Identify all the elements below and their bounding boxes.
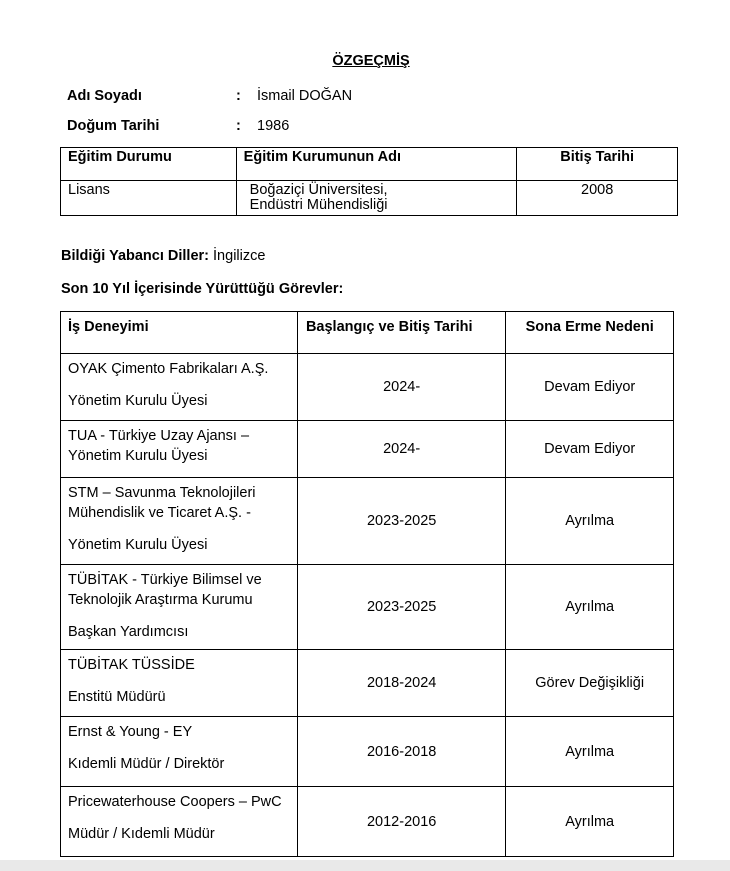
organization-line: TUA - Türkiye Uzay Ajansı – <box>68 426 290 446</box>
table-row: Ernst & Young - EYKıdemli Müdür / Direkt… <box>61 717 674 787</box>
cell-experience: TÜBİTAK - Türkiye Bilimsel veTeknolojik … <box>61 565 298 650</box>
info-value-name: İsmail DOĞAN <box>257 88 352 104</box>
table-row: Lisans Boğaziçi Üniversitesi, Endüstri M… <box>61 181 678 216</box>
info-separator: : <box>236 118 241 134</box>
info-separator: : <box>236 88 241 104</box>
role-line: Yönetim Kurulu Üyesi <box>68 535 290 555</box>
cell-period: 2018-2024 <box>297 650 505 717</box>
experience-header-row: İş Deneyimi Başlangıç ve Bitiş Tarihi So… <box>61 312 674 354</box>
cell-end-reason: Ayrılma <box>506 565 674 650</box>
cell-end-reason: Ayrılma <box>506 478 674 565</box>
education-table: Eğitim Durumu Eğitim Kurumunun Adı Bitiş… <box>60 147 678 216</box>
cell-experience: OYAK Çimento Fabrikaları A.Ş.Yönetim Kur… <box>61 354 298 421</box>
organization-line: Ernst & Young - EY <box>68 722 290 742</box>
languages-value: İngilizce <box>213 248 265 264</box>
institution-line: Endüstri Mühendisliği <box>250 198 510 213</box>
organization-line: TÜBİTAK - Türkiye Bilimsel ve <box>68 570 290 590</box>
cell-period: 2024- <box>297 354 505 421</box>
header-end-reason: Sona Erme Nedeni <box>506 312 674 354</box>
role-line: Enstitü Müdürü <box>68 687 290 707</box>
table-row: Pricewaterhouse Coopers – PwCMüdür / Kıd… <box>61 787 674 857</box>
cell-end-year: 2008 <box>517 181 678 216</box>
table-row: STM – Savunma TeknolojileriMühendislik v… <box>61 478 674 565</box>
viewer-bottom-bar <box>0 860 730 871</box>
cell-period: 2023-2025 <box>297 565 505 650</box>
experience-rows: OYAK Çimento Fabrikaları A.Ş.Yönetim Kur… <box>61 354 674 857</box>
cell-end-reason: Devam Ediyor <box>506 421 674 478</box>
education-header-row: Eğitim Durumu Eğitim Kurumunun Adı Bitiş… <box>61 148 678 181</box>
cell-end-reason: Ayrılma <box>506 787 674 857</box>
info-label: Doğum Tarihi <box>67 118 237 134</box>
role-line: Yönetim Kurulu Üyesi <box>68 446 290 466</box>
institution-line: Boğaziçi Üniversitesi, <box>250 183 510 198</box>
header-period: Başlangıç ve Bitiş Tarihi <box>297 312 505 354</box>
info-value-birthdate: 1986 <box>257 118 289 134</box>
cell-experience: TUA - Türkiye Uzay Ajansı –Yönetim Kurul… <box>61 421 298 478</box>
cell-end-reason: Ayrılma <box>506 717 674 787</box>
cell-period: 2012-2016 <box>297 787 505 857</box>
organization-line: TÜBİTAK TÜSSİDE <box>68 655 290 675</box>
cell-end-reason: Devam Ediyor <box>506 354 674 421</box>
cell-degree: Lisans <box>61 181 237 216</box>
role-line: Kıdemli Müdür / Direktör <box>68 754 290 774</box>
document-title: ÖZGEÇMİŞ <box>0 53 730 69</box>
document-page: ÖZGEÇMİŞ Adı Soyadı : İsmail DOĞAN Doğum… <box>0 0 730 860</box>
cell-period: 2024- <box>297 421 505 478</box>
cell-period: 2016-2018 <box>297 717 505 787</box>
experience-table: İş Deneyimi Başlangıç ve Bitiş Tarihi So… <box>60 311 674 857</box>
header-institution: Eğitim Kurumunun Adı <box>236 148 517 181</box>
cell-experience: TÜBİTAK TÜSSİDEEnstitü Müdürü <box>61 650 298 717</box>
role-line: Başkan Yardımcısı <box>68 622 290 642</box>
cell-experience: STM – Savunma TeknolojileriMühendislik v… <box>61 478 298 565</box>
cell-end-reason: Görev Değişikliği <box>506 650 674 717</box>
table-row: TÜBİTAK - Türkiye Bilimsel veTeknolojik … <box>61 565 674 650</box>
organization-line: Teknolojik Araştırma Kurumu <box>68 590 290 610</box>
experience-section-title: Son 10 Yıl İçerisinde Yürüttüğü Görevler… <box>61 281 343 297</box>
header-end-date: Bitiş Tarihi <box>517 148 678 181</box>
cell-experience: Pricewaterhouse Coopers – PwCMüdür / Kıd… <box>61 787 298 857</box>
organization-line: Mühendislik ve Ticaret A.Ş. - <box>68 503 290 523</box>
role-line: Müdür / Kıdemli Müdür <box>68 824 290 844</box>
table-row: TUA - Türkiye Uzay Ajansı –Yönetim Kurul… <box>61 421 674 478</box>
table-row: OYAK Çimento Fabrikaları A.Ş.Yönetim Kur… <box>61 354 674 421</box>
header-experience: İş Deneyimi <box>61 312 298 354</box>
cell-institution: Boğaziçi Üniversitesi, Endüstri Mühendis… <box>236 181 517 216</box>
languages-line: Bildiği Yabancı Diller: İngilizce <box>61 248 265 264</box>
role-line: Yönetim Kurulu Üyesi <box>68 391 290 411</box>
organization-line: OYAK Çimento Fabrikaları A.Ş. <box>68 359 290 379</box>
info-label: Adı Soyadı <box>67 88 237 104</box>
organization-line: STM – Savunma Teknolojileri <box>68 483 290 503</box>
cell-period: 2023-2025 <box>297 478 505 565</box>
header-education-level: Eğitim Durumu <box>61 148 237 181</box>
table-row: TÜBİTAK TÜSSİDEEnstitü Müdürü2018-2024Gö… <box>61 650 674 717</box>
cell-experience: Ernst & Young - EYKıdemli Müdür / Direkt… <box>61 717 298 787</box>
languages-label: Bildiği Yabancı Diller: <box>61 248 209 264</box>
organization-line: Pricewaterhouse Coopers – PwC <box>68 792 290 812</box>
